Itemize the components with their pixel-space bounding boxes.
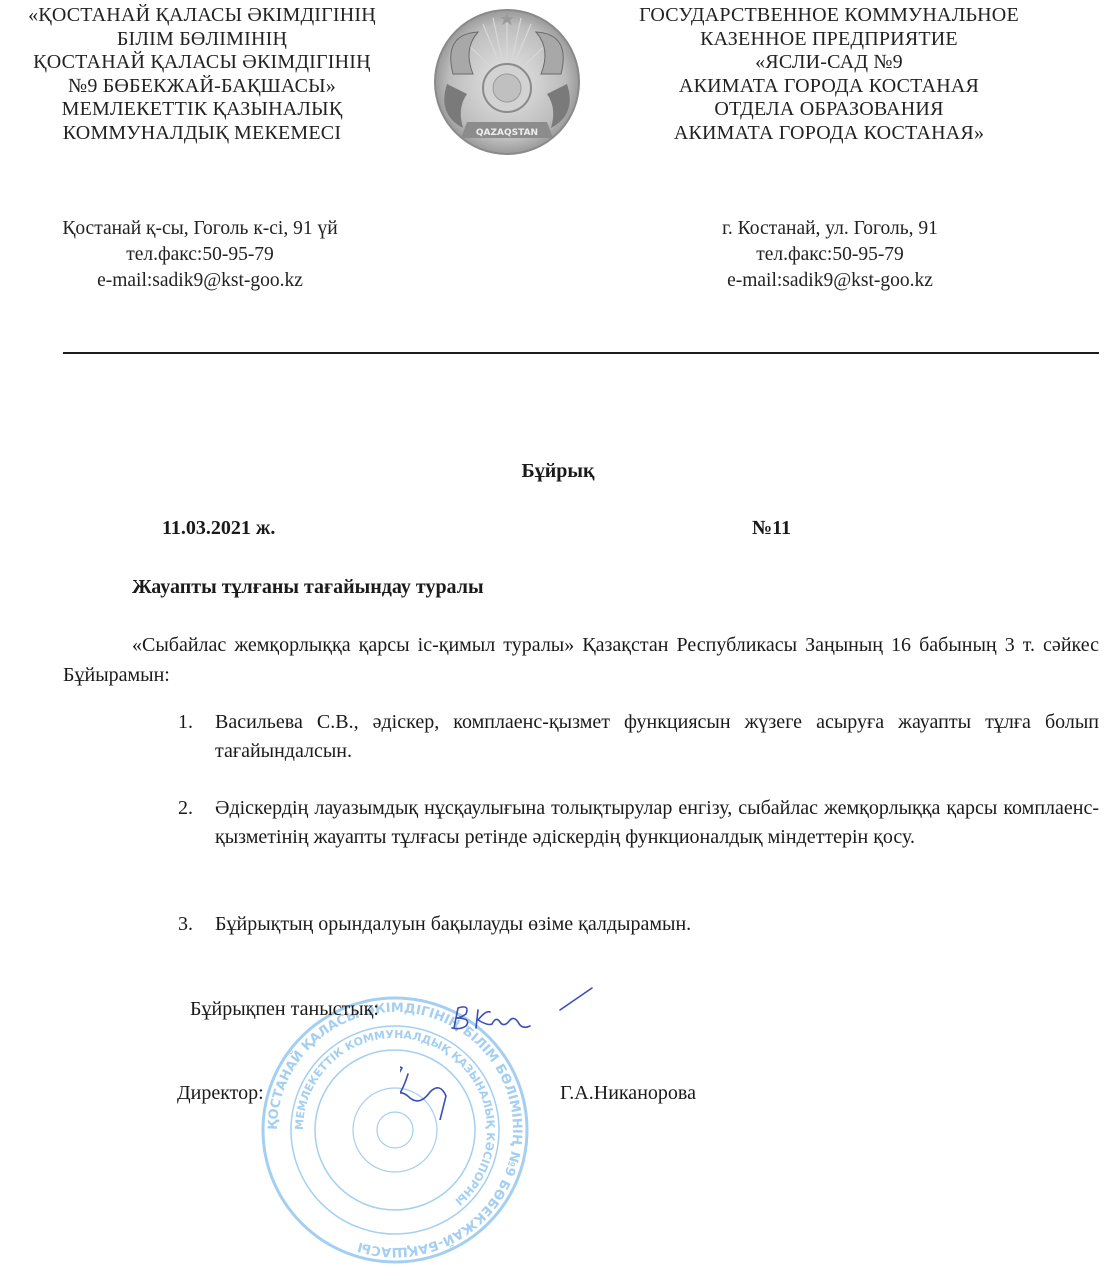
email: e-mail:sadik9@kst-goo.kz	[580, 268, 1080, 294]
header-line: №9 БӨБЕКЖАЙ-БАҚШАСЫ»	[0, 75, 404, 99]
item-text: Бұйрықтың орындалуын бақылауды өзіме қал…	[215, 910, 1099, 939]
header-line: БІЛІМ БӨЛІМІНІҢ	[0, 28, 404, 52]
header-line: ҚОСТАНАЙ ҚАЛАСЫ ӘКІМДІГІНІҢ	[0, 51, 404, 75]
address-kazakh: Қостанай қ-сы, Гоголь к-сі, 91 үй тел.фа…	[0, 216, 400, 294]
order-item: 2. Әдіскердің лауазымдық нұсқаулығына то…	[178, 794, 1099, 852]
header-line: ОТДЕЛА ОБРАЗОВАНИЯ	[596, 98, 1062, 122]
email: e-mail:sadik9@kst-goo.kz	[0, 268, 400, 294]
address-russian: г. Костанай, ул. Гоголь, 91 тел.факс:50-…	[580, 216, 1080, 294]
item-text: Васильева С.В., әдіскер, комплаенс-қызме…	[215, 708, 1099, 766]
header-line: МЕМЛЕКЕТТІК ҚАЗЫНАЛЫҚ	[0, 98, 404, 122]
emblem-ribbon-text: QAZAQSTAN	[476, 128, 538, 138]
address-line: Қостанай қ-сы, Гоголь к-сі, 91 үй	[0, 216, 400, 242]
header-line: АКИМАТА ГОРОДА КОСТАНАЯ»	[596, 122, 1062, 146]
director-label: Директор:	[177, 1082, 264, 1105]
document-title: Бұйрық	[0, 460, 1116, 483]
kazakhstan-emblem-icon: QAZAQSTAN	[423, 4, 591, 160]
handwritten-signature-icon	[400, 960, 660, 1120]
item-text: Әдіскердің лауазымдық нұсқаулығына толық…	[215, 794, 1099, 852]
header-org-russian: ГОСУДАРСТВЕННОЕ КОММУНАЛЬНОЕ КАЗЕННОЕ ПР…	[596, 4, 1062, 145]
acknowledged-label: Бұйрықпен таныстық:	[190, 998, 379, 1021]
item-number: 2.	[178, 794, 193, 823]
header-line: КОММУНАЛДЫҚ МЕКЕМЕСІ	[0, 122, 404, 146]
phone-fax: тел.факс:50-95-79	[580, 242, 1080, 268]
item-number: 3.	[178, 910, 193, 939]
header-line: «ҚОСТАНАЙ ҚАЛАСЫ ӘКІМДІГІНІҢ	[0, 4, 404, 28]
item-number: 1.	[178, 708, 193, 737]
address-line: г. Костанай, ул. Гоголь, 91	[580, 216, 1080, 242]
header-divider	[63, 352, 1099, 354]
phone-fax: тел.факс:50-95-79	[0, 242, 400, 268]
header-line: «ЯСЛИ-САД №9	[596, 51, 1062, 75]
header-line: АКИМАТА ГОРОДА КОСТАНАЯ	[596, 75, 1062, 99]
order-item: 3. Бұйрықтың орындалуын бақылауды өзіме …	[178, 910, 1099, 939]
header-org-kazakh: «ҚОСТАНАЙ ҚАЛАСЫ ӘКІМДІГІНІҢ БІЛІМ БӨЛІМ…	[0, 4, 404, 145]
header-line: КАЗЕННОЕ ПРЕДПРИЯТИЕ	[596, 28, 1062, 52]
order-date: 11.03.2021 ж.	[162, 517, 275, 540]
order-number: №11	[752, 517, 791, 540]
order-item: 1. Васильева С.В., әдіскер, комплаенс-қы…	[178, 708, 1099, 766]
order-subject: Жауапты тұлғаны тағайындау туралы	[132, 576, 484, 599]
order-preamble: «Сыбайлас жемқорлыққа қарсы іс-қимыл тур…	[63, 630, 1099, 690]
header-line: ГОСУДАРСТВЕННОЕ КОММУНАЛЬНОЕ	[596, 4, 1062, 28]
